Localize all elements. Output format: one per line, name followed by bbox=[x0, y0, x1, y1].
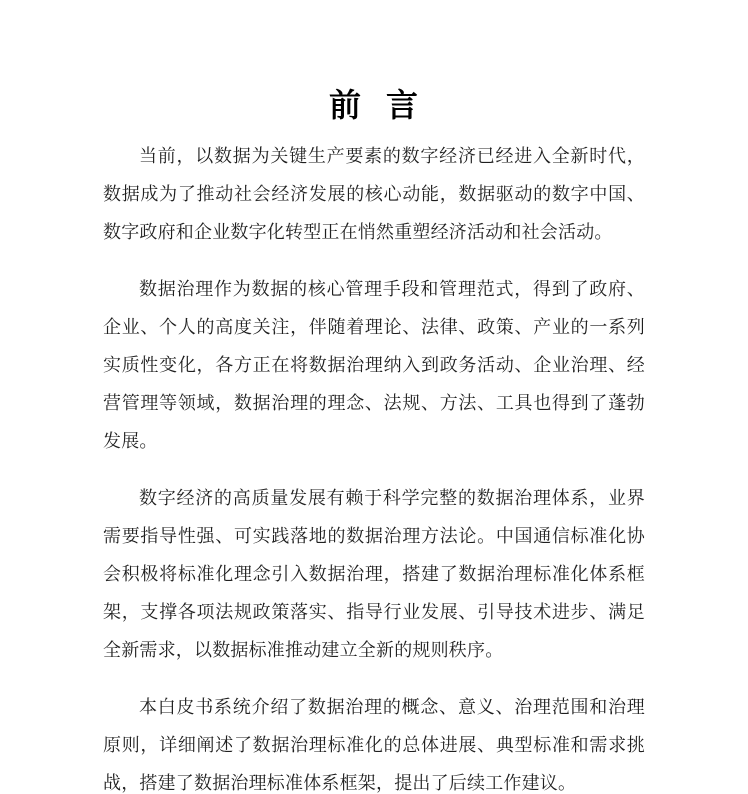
paragraph-2: 数据治理作为数据的核心管理手段和管理范式，得到了政府、企业、个人的高度关注，伴随… bbox=[103, 270, 645, 460]
paragraph-4: 本白皮书系统介绍了数据治理的概念、意义、治理范围和治理原则，详细阐述了数据治理标… bbox=[103, 688, 645, 794]
page-title: 前 言 bbox=[0, 87, 748, 123]
document-body: 当前，以数据为关键生产要素的数字经济已经进入全新时代，数据成为了推动社会经济发展… bbox=[0, 137, 748, 794]
paragraph-3: 数字经济的高质量发展有赖于科学完整的数据治理体系，业界需要指导性强、可实践落地的… bbox=[103, 479, 645, 669]
paragraph-1: 当前，以数据为关键生产要素的数字经济已经进入全新时代，数据成为了推动社会经济发展… bbox=[103, 137, 645, 251]
document-page: 前 言 当前，以数据为关键生产要素的数字经济已经进入全新时代，数据成为了推动社会… bbox=[0, 0, 748, 794]
